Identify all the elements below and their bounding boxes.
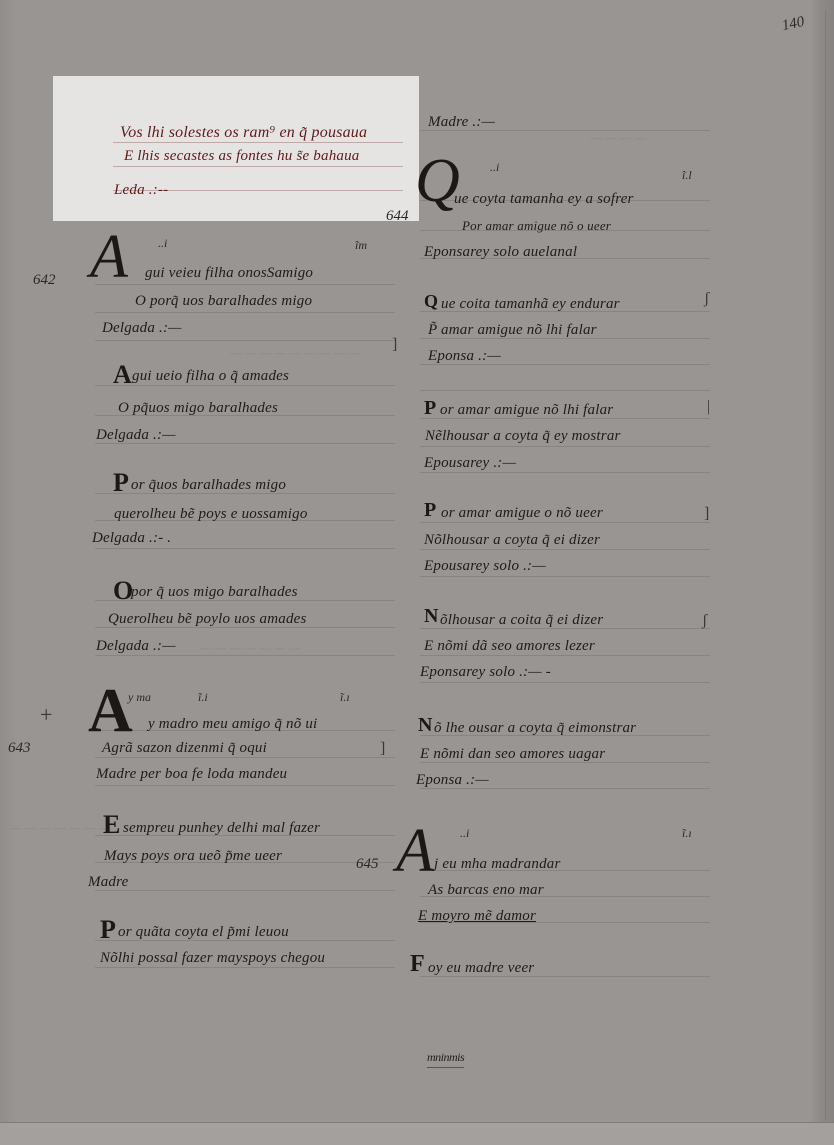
refrain-line: Eponsa .:—	[416, 772, 489, 789]
verse-line: O pq̃uos migo baralhades	[118, 400, 278, 417]
margin-bracket: ]	[392, 336, 397, 354]
highlight-refrain: Leda .:--	[114, 182, 168, 199]
ruling-line	[95, 967, 395, 968]
verse-line: As barcas eno mar	[428, 882, 544, 899]
ruling-line	[95, 385, 395, 386]
stanza-initial: N	[424, 606, 438, 626]
refrain-line: Madre .:—	[428, 114, 495, 131]
verse-line: or amar amigue o nõ ueer	[441, 505, 603, 522]
ruling-line	[420, 682, 710, 683]
ruling-line	[420, 446, 710, 447]
verse-line: gui veieu filha onosSamigo	[145, 265, 313, 282]
verse-line: E nõmi dan seo amores uagar	[420, 746, 605, 763]
stanza-initial: P	[113, 470, 129, 496]
catchword: mninmis	[427, 1050, 464, 1068]
verse-line: gui ueio filha o q̃ amades	[132, 368, 289, 385]
ruling-line	[95, 785, 395, 786]
stanza-initial: E	[103, 812, 120, 838]
highlight-line-2: E lhis secastes as fontes hu s̃e bahaua	[124, 148, 360, 165]
verse-line: y madro meu amigo q̃ nõ ui	[148, 716, 317, 733]
verse-line: sempreu punhey delhi mal fazer	[123, 820, 320, 837]
ruling-line	[95, 890, 395, 891]
verse-line: Mays poys ora ueõ p̃me ueer	[104, 848, 282, 865]
verse-line: E nõmi dã seo amores lezer	[424, 638, 595, 655]
poem-number-642: 642	[33, 272, 56, 289]
page-right-edge	[825, 10, 826, 1120]
refrain-line: Delgada .:—	[96, 638, 176, 655]
margin-mark: ĩm	[355, 238, 367, 253]
show-through-text: — — — — — — —	[200, 640, 300, 656]
decorated-initial-a: A	[90, 226, 128, 288]
highlight-line-1: Vos lhi solestes os ram⁹ en q̃ pousaua	[120, 124, 367, 142]
refrain-line: Epousarey .:—	[424, 455, 516, 472]
verse-line: Nõlhi possal fazer mayspoys chegou	[100, 950, 325, 967]
refrain-line: Eponsa .:—	[428, 348, 501, 365]
verse-line: querolheu bẽ poys e uossamigo	[114, 506, 308, 523]
margin-mark: ĩ.ı	[340, 690, 350, 705]
verse-line: ue coyta tamanha ey a sofrer	[454, 191, 634, 208]
refrain-line: Madre	[88, 874, 128, 891]
show-through-text: — — — — — — —	[10, 820, 110, 836]
stanza-initial: N	[418, 715, 432, 735]
show-through-text: — — — —	[590, 130, 646, 146]
ruling-line	[95, 340, 395, 341]
stanza-initial: P	[100, 917, 116, 943]
verse-line: Nõlhousar a coyta q̃ ei dizer	[424, 532, 600, 549]
margin-bracket: ]	[380, 740, 385, 758]
poem-number-644: 644	[386, 208, 409, 225]
verse-line: oy eu madre veer	[428, 960, 534, 977]
verse-line: or amar amigue nõ lhi falar	[440, 402, 613, 419]
refrain-line: Delgada .:—	[96, 427, 176, 444]
refrain-line: Eponsarey solo auelanal	[424, 244, 577, 261]
verse-line: O porq̃ uos baralhades migo	[135, 293, 312, 310]
refrain-line: Madre per boa fe loda mandeu	[96, 766, 287, 783]
ruling-line	[420, 522, 710, 523]
verse-line: Nẽlhousar a coyta q̃ ey mostrar	[425, 428, 621, 445]
ruling-line	[95, 312, 395, 313]
refrain-line: Delgada .:—	[102, 320, 182, 337]
margin-bracket: ʃ	[704, 290, 709, 308]
verse-line: õlhousar a coita q̃ ei dizer	[440, 612, 603, 629]
refrain-line: Delgada .:- .	[92, 530, 171, 547]
ruling-line	[420, 549, 710, 550]
verse-line: j eu mha madrandar	[434, 856, 561, 873]
musical-marks: ..i	[158, 236, 167, 251]
musical-marks: ..i	[460, 826, 469, 841]
verse-line: Agrã sazon dizenmi q̃ oqui	[102, 740, 267, 757]
verse-line: P̃ amar amigue nõ lhi falar	[428, 322, 597, 339]
stanza-initial: A	[113, 362, 132, 388]
verse-line: or quãta coyta el p̃mi leuou	[118, 924, 289, 941]
refrain-line: Eponsarey solo .:— -	[420, 664, 551, 681]
ruling-line	[113, 142, 403, 143]
refrain-line: Epousarey solo .:—	[424, 558, 546, 575]
margin-bracket: |	[707, 398, 710, 416]
margin-mark: ĩ.ı	[682, 826, 692, 841]
verse-line: E moyro mẽ damor	[418, 908, 536, 925]
cross-mark: +	[40, 702, 52, 728]
verse-line: por q̃ uos migo baralhades	[131, 584, 298, 601]
margin-mark: ĩ.l	[682, 168, 692, 183]
verse-line: Por amar amigue nõ o ueer	[462, 218, 611, 234]
ruling-line	[420, 655, 710, 656]
stanza-initial: F	[410, 952, 425, 976]
rubric-text: y ma	[128, 690, 151, 705]
show-through-text: — — — — — — — — —	[230, 345, 360, 361]
ruling-line	[95, 757, 395, 758]
ruling-line	[95, 284, 395, 285]
page-bottom-edge	[0, 1122, 834, 1145]
ruling-line	[113, 166, 403, 167]
margin-bracket: ʃ	[702, 612, 707, 630]
ruling-line	[95, 548, 395, 549]
stanza-initial: P	[424, 398, 436, 418]
stanza-initial: Q	[424, 292, 438, 310]
stanza-initial: P	[424, 500, 436, 520]
ruling-line	[420, 390, 710, 391]
verse-line: ue coita tamanhã ey endurar	[441, 296, 620, 313]
verse-line: Querolheu bẽ poylo uos amades	[108, 611, 307, 628]
decorated-initial-a: A	[396, 820, 434, 882]
poem-number-643: 643	[8, 740, 31, 757]
musical-marks: ĩ.i	[198, 690, 208, 705]
ruling-line	[420, 472, 710, 473]
ruling-line	[420, 576, 710, 577]
musical-marks: ..i	[490, 160, 499, 175]
verse-line: or q̃uos baralhades migo	[131, 477, 286, 494]
verse-line: õ lhe ousar a coyta q̃ eimonstrar	[434, 720, 636, 737]
poem-number-645: 645	[356, 856, 379, 873]
margin-bracket: ]	[704, 505, 709, 523]
decorated-initial-a: A	[88, 680, 133, 742]
